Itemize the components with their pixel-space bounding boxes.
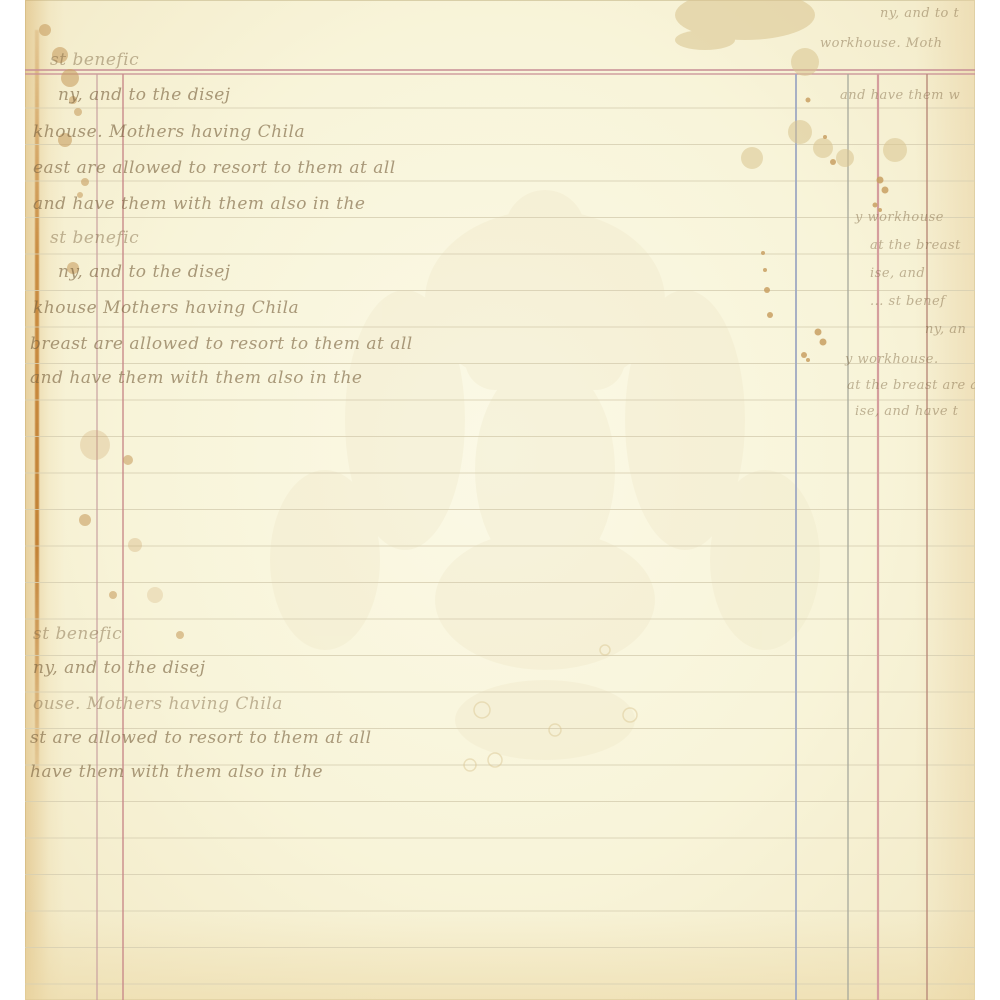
handwriting-line: st are allowed to resort to them at all [30,728,372,748]
handwriting-line: ouse. Mothers having Chila [33,694,283,714]
handwriting-line: khouse Mothers having Chila [33,298,299,318]
handwriting-line: khouse. Mothers having Chila [33,122,305,142]
handwriting-line: st benefic [33,624,122,644]
handwriting-line: have them with them also in the [30,762,323,782]
left-stain-drops [39,24,184,639]
handwriting-line: st benefic [50,50,139,70]
handwriting-line: ny, and to the disej [58,262,231,282]
coffee-splash [675,0,907,169]
handwriting-line: st benefic [50,228,139,248]
handwriting-line: at the breast are a [847,378,975,393]
handwriting-line: workhouse. Moth [820,36,942,51]
stain-drops [761,98,889,363]
handwriting-line: ny, an [925,322,966,337]
handwriting-line: ise, and [870,266,925,281]
handwriting-line: and have them w [840,88,960,103]
handwriting-line: east are allowed to resort to them at al… [33,158,396,178]
handwriting-line: at the breast [870,238,961,253]
handwriting-line: and have them with them also in the [33,194,366,214]
handwriting-line: ... st benef [870,294,945,309]
handwriting-line: ny, and to the disej [58,85,231,105]
handwriting-line: breast are allowed to resort to them at … [30,334,413,354]
handwriting-line: y workhouse. [845,352,939,367]
handwriting-line: and have them with them also in the [30,368,363,388]
handwriting-line: y workhouse [855,210,944,225]
damask-watermark [270,190,820,760]
handwriting-line: ny, and to t [880,6,959,21]
ledger-paper: st benefic ny, and to the disej khouse. … [25,0,975,1000]
ledger-ruling [25,0,975,1000]
handwriting-line: ise, and have t [855,404,958,419]
handwriting-line: ny, and to the disej [33,658,206,678]
